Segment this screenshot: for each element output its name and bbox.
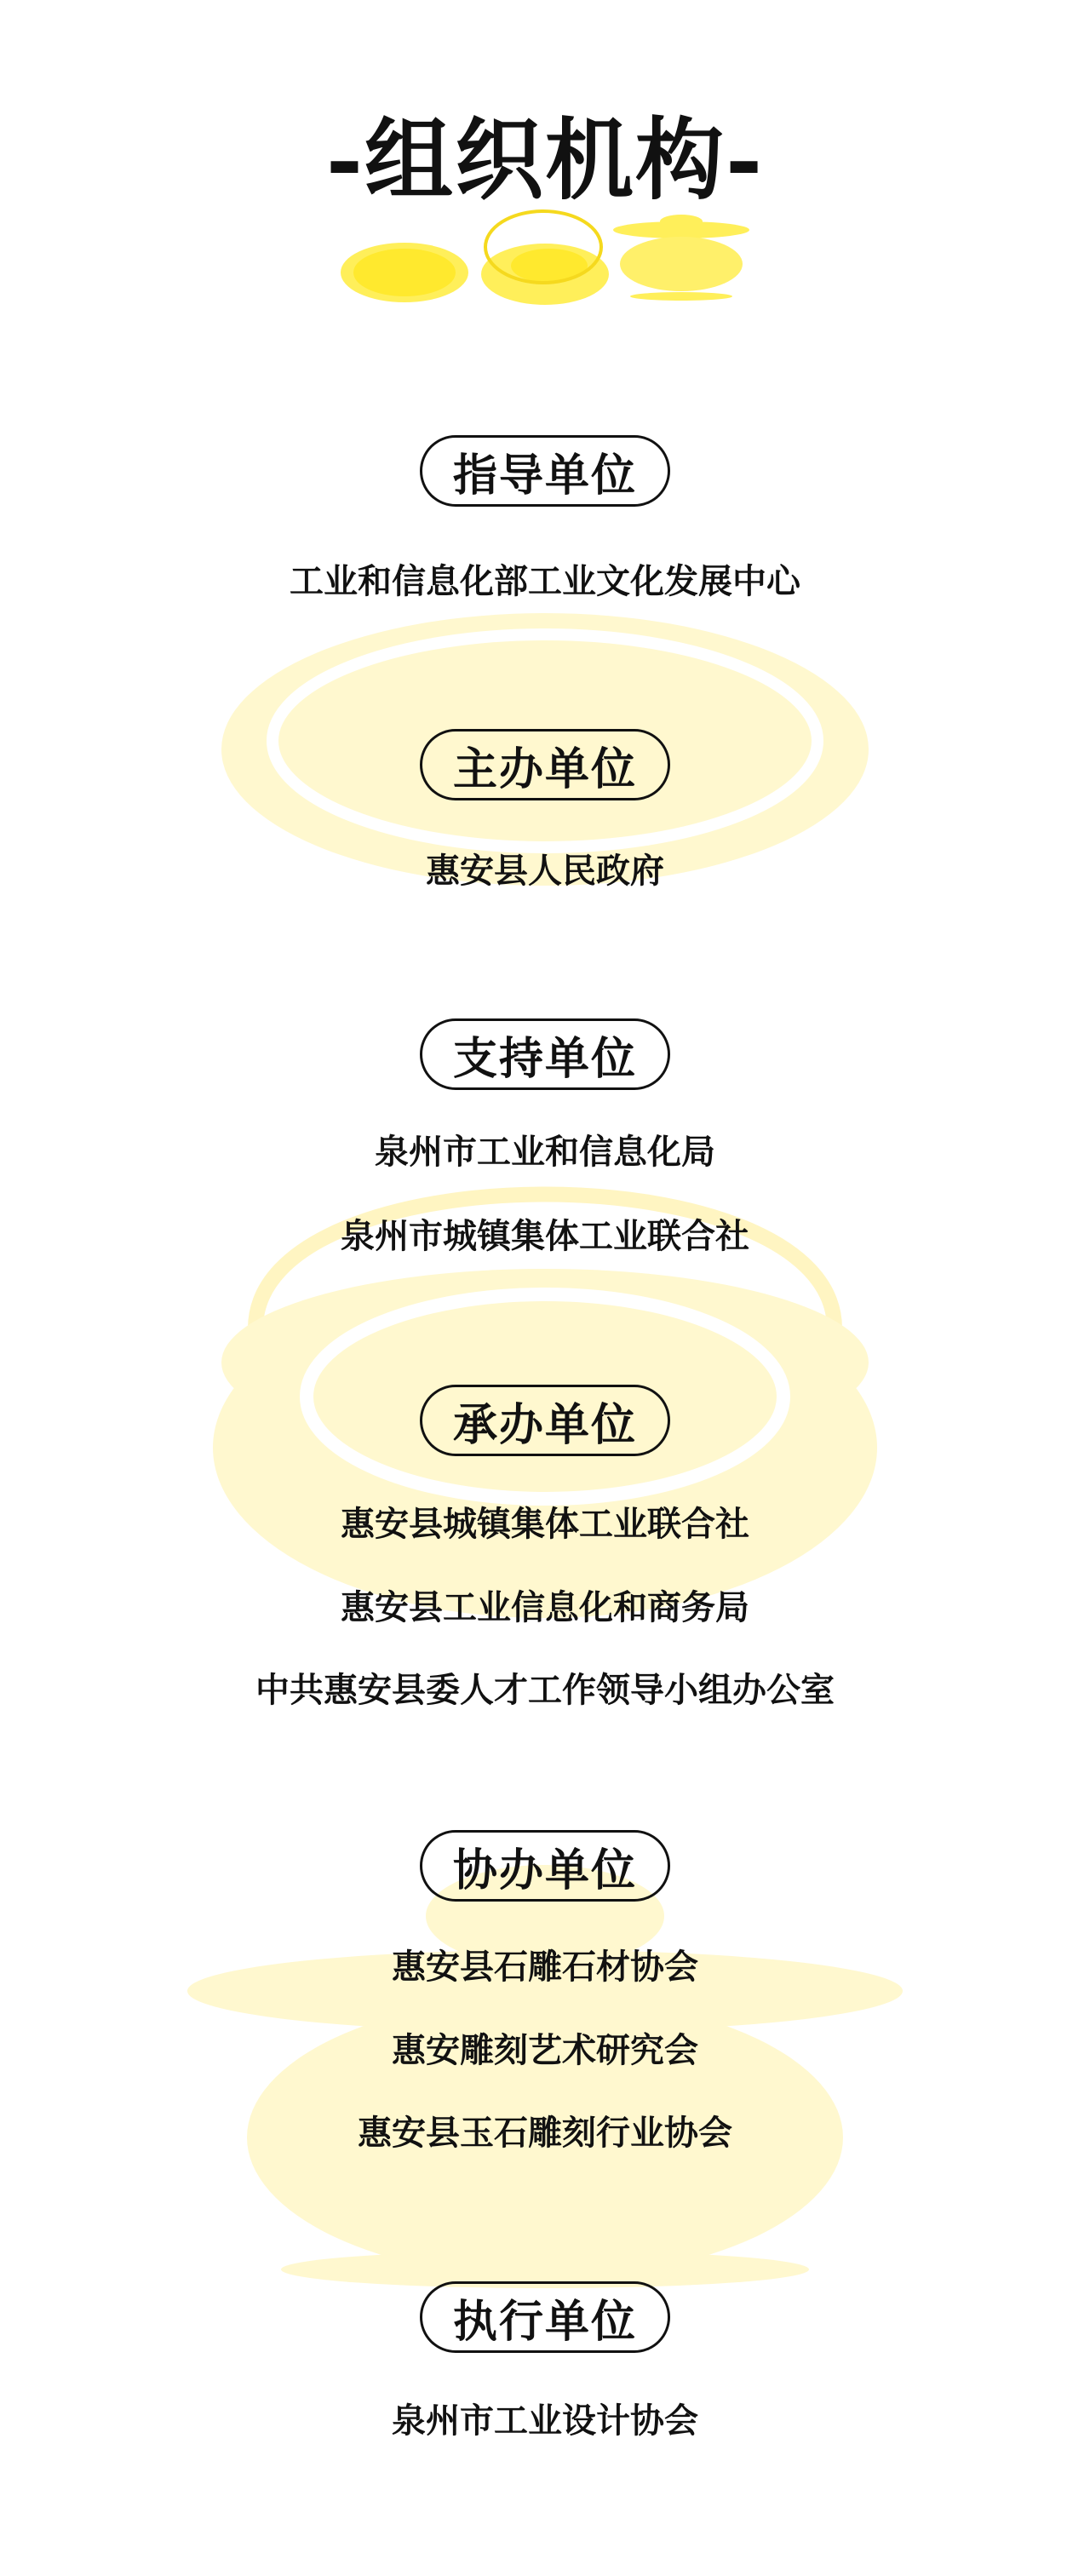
co-organizer-unit-item: 惠安雕刻艺术研究会 [0,2027,1090,2074]
section-heading-organizer-unit: 承办单位 [420,1385,670,1456]
section-heading-guiding-unit: 指导单位 [420,435,670,507]
section-heading-host-unit: 主办单位 [420,729,670,800]
organizer-unit-item: 惠安县城镇集体工业联合社 [0,1500,1090,1548]
page-title: -组织机构- [0,100,1090,220]
guiding-unit-item: 工业和信息化部工业文化发展中心 [0,558,1090,605]
section-heading-executive-unit: 执行单位 [420,2281,670,2353]
organizer-unit-item: 中共惠安县委人才工作领导小组办公室 [0,1667,1090,1714]
executive-unit-item: 泉州市工业设计协会 [0,2397,1090,2445]
supporting-unit-item: 泉州市城镇集体工业联合社 [0,1213,1090,1260]
supporting-unit-item: 泉州市工业和信息化局 [0,1128,1090,1176]
teaware-decoration-icon [332,204,792,307]
host-unit-item: 惠安县人民政府 [0,847,1090,895]
organizer-unit-item: 惠安县工业信息化和商务局 [0,1584,1090,1632]
section-heading-co-organizer-unit: 协办单位 [420,1830,670,1902]
teapot-background-illustration [0,0,1090,2576]
section-heading-supporting-unit: 支持单位 [420,1018,670,1090]
co-organizer-unit-item: 惠安县玉石雕刻行业协会 [0,2109,1090,2157]
co-organizer-unit-item: 惠安县石雕石材协会 [0,1943,1090,1991]
pot-shape [187,1865,903,2288]
